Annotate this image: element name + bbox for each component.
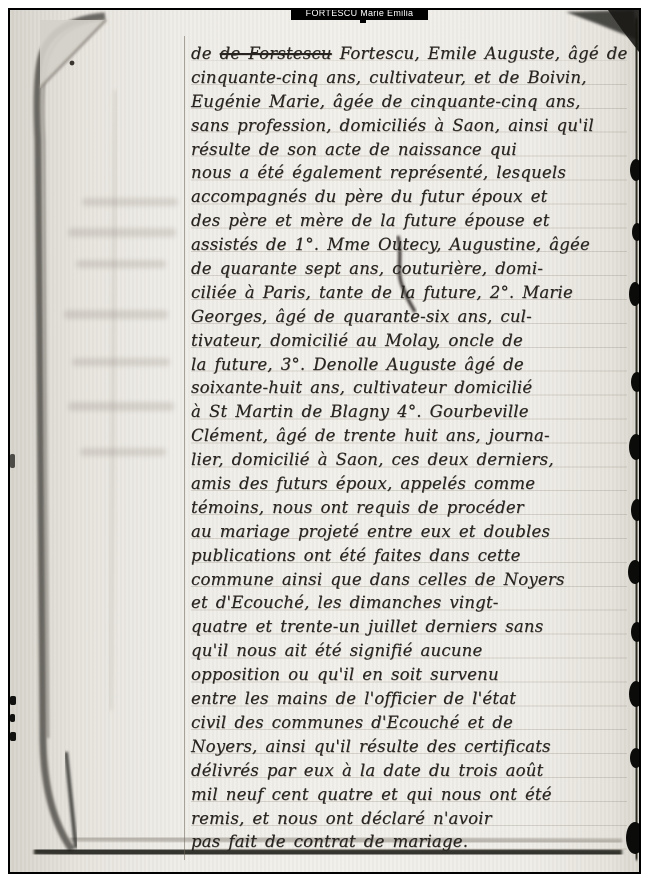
manuscript-line: témoins, nous ont requis de procéder [191, 496, 627, 520]
left-border-marks [10, 454, 16, 741]
manuscript-line: la future, 3°. Denolle Auguste âgé de [191, 353, 627, 377]
left-cover-edge-inner [43, 19, 105, 738]
page-fold-line [110, 90, 116, 710]
bleedthrough-smudge [76, 260, 166, 268]
manuscript-line: lier, domicilié à Saon, ces deux dernier… [191, 448, 627, 472]
manuscript-line-rest: Fortescu, Emile Auguste, âgé de [332, 44, 628, 63]
bleedthrough-smudge [80, 448, 166, 456]
scanned-register-photo: { "header_label": { "text": "FORTESCU Ma… [0, 0, 649, 882]
index-label: FORTESCU Marie Emilia [291, 8, 428, 20]
manuscript-line: de de Forstescu Fortescu, Emile Auguste,… [191, 42, 627, 66]
manuscript-line: commune ainsi que dans celles de Noyers [191, 568, 627, 592]
bottom-left-cover-corner [66, 752, 76, 848]
manuscript-line: de quarante sept ans, couturière, domi- [191, 257, 627, 281]
manuscript-line: entre les mains de l'officier de l'état [191, 687, 627, 711]
manuscript-line: remis, et nous ont déclaré n'avoir [191, 807, 627, 831]
manuscript-line: accompagnés du père du futur époux et [191, 185, 627, 209]
manuscript-line: civil des communes d'Ecouché et de [191, 711, 627, 735]
manuscript-line: amis des futurs époux, appelés comme [191, 472, 627, 496]
manuscript-line: au mariage projeté entre eux et doubles [191, 520, 627, 544]
manuscript-line: des père et mère de la future épouse et [191, 209, 627, 233]
manuscript-line: nous a été également représenté, lesquel… [191, 161, 627, 185]
manuscript-line: délivrés par eux à la date du trois août [191, 759, 627, 783]
manuscript-line: assistés de 1°. Mme Outecy, Augustine, â… [191, 233, 627, 257]
bleedthrough-smudge [72, 358, 170, 366]
manuscript-line: sans profession, domiciliés à Saon, ains… [191, 114, 627, 138]
bleedthrough-smudge [82, 198, 178, 206]
manuscript-line: quatre et trente-un juillet derniers san… [191, 615, 627, 639]
manuscript-line: pas fait de contrat de mariage. [191, 830, 627, 854]
manuscript-line: publications ont été faites dans cette [191, 544, 627, 568]
bleedthrough-smudge [68, 402, 174, 411]
ink-speck [70, 61, 75, 66]
photo-frame: de de Forstescu Fortescu, Emile Auguste,… [8, 8, 641, 874]
manuscript-line: cinquante-cinq ans, cultivateur, et de B… [191, 66, 627, 90]
manuscript-line: opposition ou qu'il en soit survenu [191, 663, 627, 687]
manuscript-line: résulte de son acte de naissance qui [191, 138, 627, 162]
manuscript-line: à St Martin de Blagny 4°. Gourbeville [191, 400, 627, 424]
manuscript-line: qu'il nous ait été signifié aucune [191, 639, 627, 663]
manuscript-line: Eugénie Marie, âgée de cinquante-cinq an… [191, 90, 627, 114]
manuscript-line-struck: de Forstescu [220, 44, 332, 63]
manuscript-line: tivateur, domicilié au Molay, oncle de [191, 329, 627, 353]
manuscript-line: Georges, âgé de quarante-six ans, cul- [191, 305, 627, 329]
manuscript-line: et d'Ecouché, les dimanches vingt- [191, 591, 627, 615]
bleedthrough-smudge [64, 310, 168, 319]
manuscript-line: soixante-huit ans, cultivateur domicilié [191, 376, 627, 400]
manuscript-line: Noyers, ainsi qu'il résulte des certific… [191, 735, 627, 759]
manuscript-line: Clément, âgé de trente huit ans, journa- [191, 424, 627, 448]
manuscript-line: ciliée à Paris, tante de la future, 2°. … [191, 281, 627, 305]
bleedthrough-smudge [68, 228, 176, 237]
manuscript-text-block: de de Forstescu Fortescu, Emile Auguste,… [191, 42, 627, 854]
margin-rule-line [184, 36, 185, 860]
manuscript-line: mil neuf cent quatre et qui nous ont été [191, 783, 627, 807]
manuscript-line-prefix: de [191, 44, 220, 63]
index-label-text: FORTESCU Marie Emilia [306, 8, 414, 18]
